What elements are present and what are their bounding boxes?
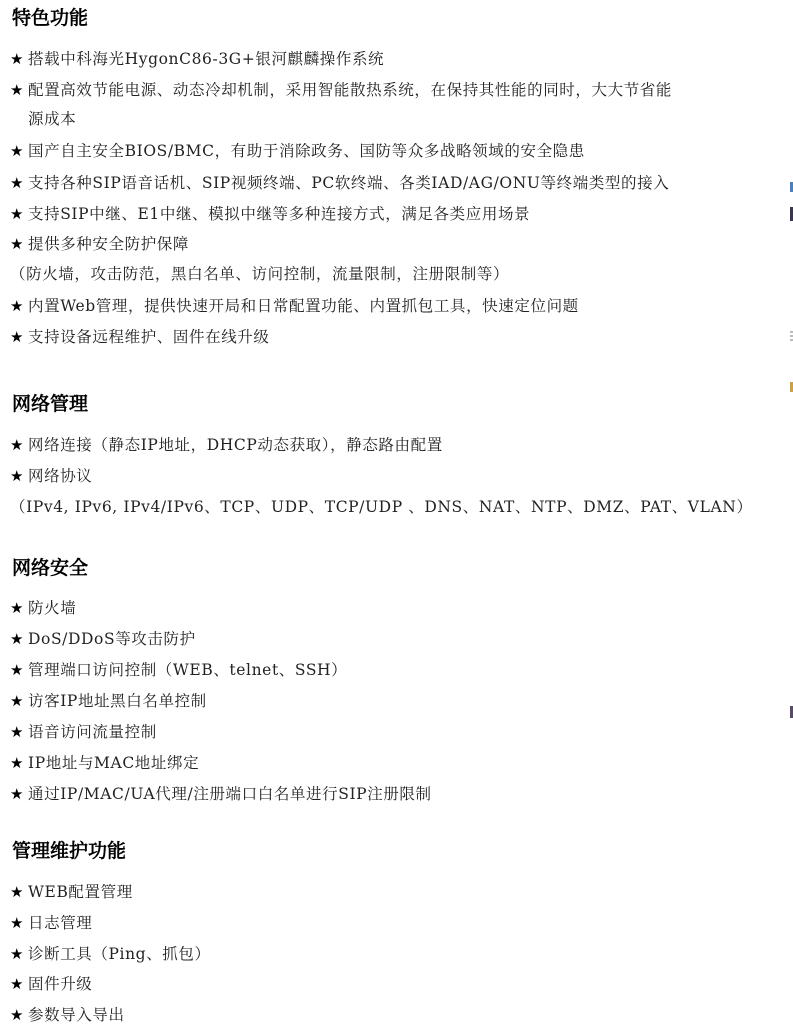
star-bullet-icon: ★ [10,973,28,995]
star-bullet-icon: ★ [10,203,28,225]
list-item: ★DoS/DDoS等攻击防护 [10,628,196,650]
star-bullet-icon: ★ [10,881,28,903]
star-bullet-icon: ★ [10,326,28,348]
list-item: ★搭载中科海光HygonC86-3G+银河麒麟操作系统 [10,48,384,70]
section-title-maintenance: 管理维护功能 [12,839,126,863]
list-item: ★语音访问流量控制 [10,721,157,743]
star-bullet-icon: ★ [10,465,28,487]
list-item: ★WEB配置管理 [10,881,133,903]
list-item: ★固件升级 [10,973,92,995]
star-bullet-icon: ★ [10,628,28,650]
star-bullet-icon: ★ [10,783,28,805]
list-item: ★配置高效节能电源、动态冷却机制，采用智能散热系统，在保持其性能的同时，大大节省… [10,79,672,101]
star-bullet-icon: ★ [10,597,28,619]
star-bullet-icon: ★ [10,1004,28,1026]
list-item: ★日志管理 [10,912,92,934]
list-item: ★支持各种SIP语音话机、SIP视频终端、PC软终端、各类IAD/AG/ONU等… [10,172,669,194]
list-item: ★国产自主安全BIOS/BMC，有助于消除政务、国防等众多战略领域的安全隐患 [10,140,585,162]
section-title-network-management: 网络管理 [12,392,88,416]
list-item: ★提供多种安全防护保障 [10,233,189,255]
star-bullet-icon: ★ [10,79,28,101]
list-item: ★管理端口访问控制（WEB、telnet、SSH） [10,659,347,681]
star-bullet-icon: ★ [10,721,28,743]
star-bullet-icon: ★ [10,912,28,934]
list-item-continuation: 源成本 [28,108,76,130]
star-bullet-icon: ★ [10,943,28,965]
star-bullet-icon: ★ [10,690,28,712]
section-title-features: 特色功能 [12,6,88,30]
list-item: ★参数导入导出 [10,1004,125,1026]
section-title-network-security: 网络安全 [12,556,88,580]
list-item: ★内置Web管理，提供快速开局和日常配置功能、内置抓包工具，快速定位问题 [10,295,579,317]
star-bullet-icon: ★ [10,48,28,70]
list-item: ★访客IP地址黑白名单控制 [10,690,207,712]
list-item: ★支持SIP中继、E1中继、模拟中继等多种连接方式，满足各类应用场景 [10,203,530,225]
list-item: ★网络协议 [10,465,92,487]
star-bullet-icon: ★ [10,752,28,774]
star-bullet-icon: ★ [10,233,28,255]
star-bullet-icon: ★ [10,172,28,194]
list-item: ★通过IP/MAC/UA代理/注册端口白名单进行SIP注册限制 [10,783,432,805]
star-bullet-icon: ★ [10,140,28,162]
list-item-detail: （防火墙，攻击防范，黑白名单、访问控制，流量限制，注册限制等） [10,263,509,285]
star-bullet-icon: ★ [10,659,28,681]
list-item: ★网络连接（静态IP地址，DHCP动态获取），静态路由配置 [10,434,443,456]
list-item: ★诊断工具（Ping、抓包） [10,943,211,965]
star-bullet-icon: ★ [10,295,28,317]
list-item-detail: （IPv4, IPv6, IPv4/IPv6、TCP、UDP、TCP/UDP 、… [10,496,753,518]
list-item: ★防火墙 [10,597,76,619]
star-bullet-icon: ★ [10,434,28,456]
list-item: ★支持设备远程维护、固件在线升级 [10,326,270,348]
list-item: ★IP地址与MAC地址绑定 [10,752,199,774]
